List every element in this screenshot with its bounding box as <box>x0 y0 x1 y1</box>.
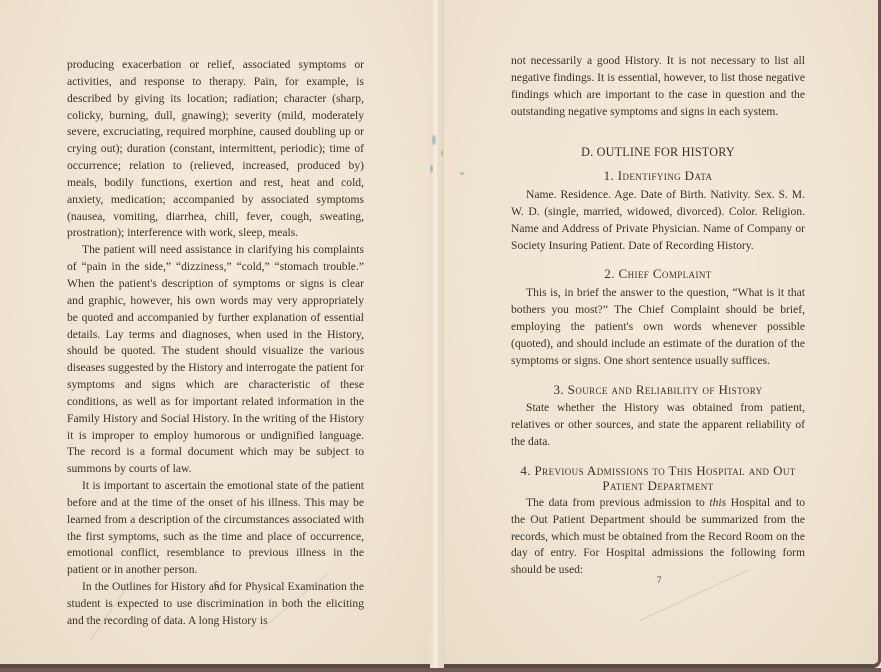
page-number-right: 7 <box>657 575 662 585</box>
left-page-text: producing exacerbation or relief, associ… <box>67 57 364 630</box>
paragraph: not necessarily a good History. It is no… <box>511 53 805 120</box>
section-title: D. OUTLINE FOR HISTORY <box>511 144 805 161</box>
section-body: State whether the History was obtained f… <box>511 400 805 451</box>
italic-text: this <box>709 496 726 509</box>
section-body: This is, in brief the answer to the ques… <box>511 285 805 369</box>
open-book-spread: producing exacerbation or relief, associ… <box>0 0 881 668</box>
book-gutter <box>430 0 444 668</box>
page-number-left: 6 <box>214 580 219 590</box>
ink-stain <box>460 172 464 175</box>
ink-stain <box>512 534 515 537</box>
section-heading: 2. Chief Complaint <box>511 266 805 283</box>
paragraph: producing exacerbation or relief, associ… <box>67 57 364 242</box>
body-text: The data from previous admission to <box>526 496 709 509</box>
right-page-text: not necessarily a good History. It is no… <box>511 53 805 579</box>
ink-stain <box>432 135 436 145</box>
section-heading: 4. Previous Admissions to This Hospital … <box>511 463 805 493</box>
section-heading: 3. Source and Reliability of History <box>511 382 805 399</box>
ink-stain <box>430 165 433 173</box>
section-heading: 1. Identifying Data <box>511 168 805 185</box>
section-body: The data from previous admission to this… <box>511 495 805 579</box>
paragraph: The patient will need assistance in clar… <box>67 242 364 478</box>
left-page: producing exacerbation or relief, associ… <box>0 0 438 668</box>
ink-stain <box>441 150 443 156</box>
section-body: Name. Residence. Age. Date of Birth. Nat… <box>511 187 805 254</box>
paragraph: It is important to ascertain the emotion… <box>67 478 364 579</box>
